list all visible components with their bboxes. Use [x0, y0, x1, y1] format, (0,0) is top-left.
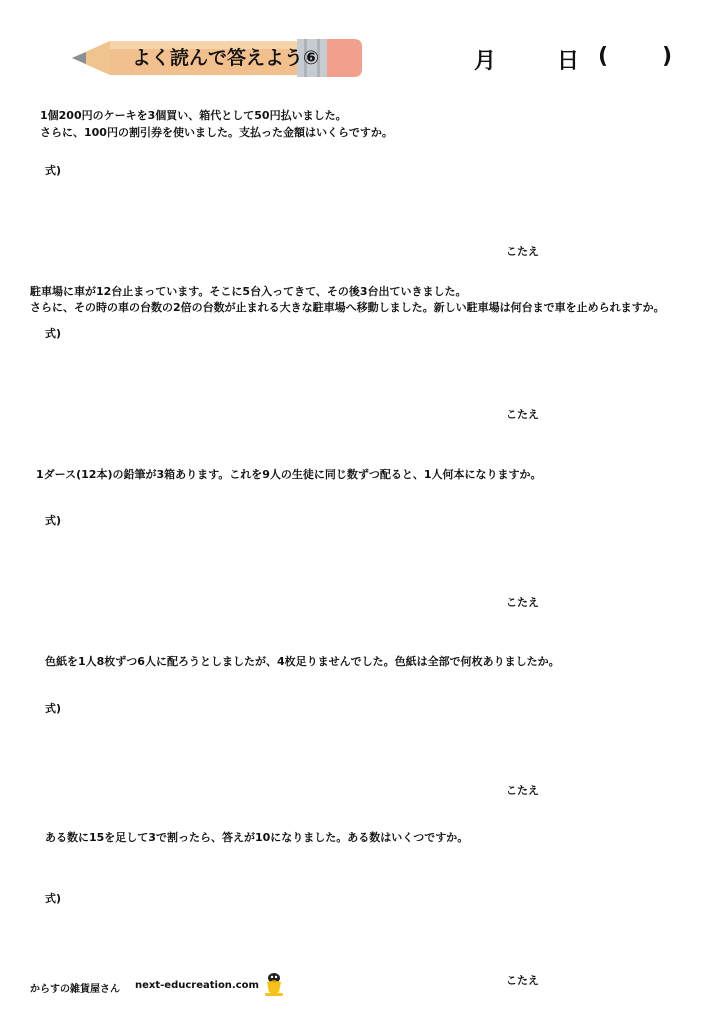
answer-label: こたえ [506, 243, 539, 259]
footer-site: next-educreation.com [135, 980, 259, 991]
formula-label: 式) [45, 162, 61, 178]
question-text-line: 駐車場に車が12台止まっています。そこに5台入ってきて、その後3台出ていきました… [30, 283, 467, 300]
footer-brand: からすの雑貨屋さん [30, 980, 120, 995]
answer-label: こたえ [506, 782, 539, 798]
weekday-paren-close: ) [662, 44, 672, 69]
crow-mascot-icon [262, 970, 286, 998]
month-label: 月 [474, 44, 496, 75]
answer-label: こたえ [506, 972, 539, 988]
day-label: 日 [557, 44, 579, 75]
formula-label: 式) [45, 512, 61, 528]
question-text-line: 色紙を1人8枚ずつ6人に配ろうとしましたが、4枚足りませんでした。色紙は全部で何… [45, 653, 560, 670]
answer-label: こたえ [506, 594, 539, 610]
formula-label: 式) [45, 700, 61, 716]
worksheet-title: よく読んで答えよう⑥ [132, 43, 362, 73]
question-text-line: さらに、その時の車の台数の2倍の台数が止まれる大きな駐車場へ移動しました。新しい… [30, 299, 665, 316]
weekday-paren-open: ( [598, 44, 608, 69]
formula-label: 式) [45, 890, 61, 906]
question-text-line: さらに、100円の割引券を使いました。支払った金額はいくらですか。 [40, 124, 393, 141]
answer-label: こたえ [506, 406, 539, 422]
question-text-line: ある数に15を足して3で割ったら、答えが10になりました。ある数はいくつですか。 [45, 829, 468, 846]
title-pencil-banner: よく読んで答えよう⑥ [72, 33, 362, 83]
formula-label: 式) [45, 325, 61, 341]
question-text-line: 1個200円のケーキを3個買い、箱代として50円払いました。 [40, 107, 347, 124]
question-text-line: 1ダース(12本)の鉛筆が3箱あります。これを9人の生徒に同じ数ずつ配ると、1人… [36, 466, 542, 483]
